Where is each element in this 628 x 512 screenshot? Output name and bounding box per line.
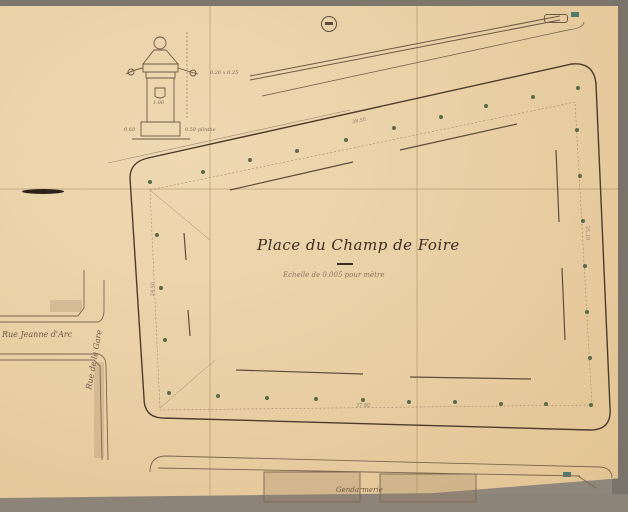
street-label-rue-jeanne-darc: Rue Jeanne d'Arc	[2, 330, 72, 339]
title-underline	[337, 263, 353, 265]
building-label-bottom: Gendarmerie	[336, 486, 383, 494]
monument-label-right: 0.50 plinthe	[185, 127, 216, 133]
monument-label-left: 0.60	[124, 127, 135, 133]
dimension-bottom: 37.80	[356, 403, 370, 409]
bottom-strip	[150, 456, 612, 502]
monument-chain-label: 0.20 x 0.25	[210, 70, 238, 76]
dimension-right: 25.10	[584, 226, 590, 241]
scale-note: Echelle de 0.005 pour mètre	[283, 271, 385, 279]
monument-width-label: 1.00	[153, 100, 164, 106]
inner-boundary	[150, 102, 592, 410]
dimension-left: 24.50	[150, 282, 156, 297]
plan-drawing	[0, 0, 628, 512]
monument-drawing	[126, 32, 198, 139]
plan-title: Place du Champ de Foire	[257, 236, 460, 254]
